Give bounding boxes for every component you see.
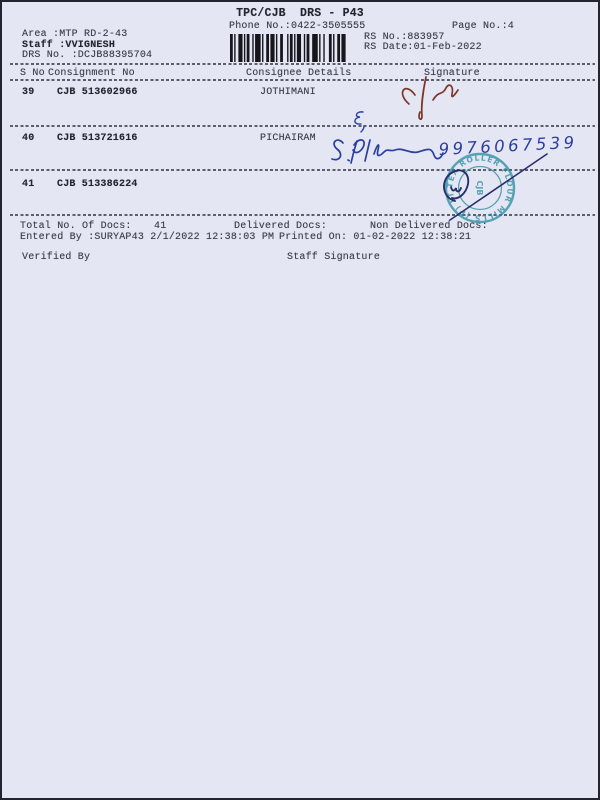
stamp-overwritten-initial [444, 170, 468, 201]
separator-line [10, 169, 595, 171]
separator-line [10, 214, 595, 216]
table-row-consignee: PICHAIRAM [260, 133, 316, 144]
scanned-delivery-run-sheet: TPC/CJB DRS - P43 Phone No.:0422-3505555… [0, 0, 600, 800]
col-header-consignment: Consignment No [48, 68, 135, 79]
table-row-sno: 39 [22, 87, 34, 98]
separator-line [10, 79, 595, 81]
table-row-sno: 40 [22, 133, 34, 144]
row40-signature-scribble [332, 140, 443, 163]
printed-on-field: Printed On: 01-02-2022 12:38:21 [279, 232, 471, 243]
table-row-consignment: CJB 513386224 [57, 179, 138, 190]
page-number: Page No.:4 [452, 21, 514, 32]
rs-date-field: RS Date:01-Feb-2022 [364, 42, 482, 53]
separator-line [10, 63, 595, 65]
barcode-bars [230, 34, 346, 62]
delivered-docs-label: Delivered Docs: [234, 221, 327, 232]
row40-small-ink-mark [355, 112, 364, 132]
entered-by-field: Entered By :SURYAP43 2/1/2022 12:38:03 P… [20, 232, 274, 243]
row40-handwritten-phone: 9976067539 [438, 133, 578, 159]
staff-signature-label: Staff Signature [287, 252, 380, 263]
verified-by-label: Verified By [22, 252, 90, 263]
separator-line [10, 125, 595, 127]
row39-signature-scribble [403, 77, 458, 119]
table-row-consignment: CJB 513721616 [57, 133, 138, 144]
stamp-center-text: CJB [475, 181, 484, 196]
col-header-consignee: Consignee Details [246, 68, 351, 79]
total-docs-value: 41 [154, 221, 166, 232]
drs-number-field: DRS No. :DCJB88395704 [22, 50, 152, 61]
barcode [230, 34, 347, 62]
table-row-consignee: JOTHIMANI [260, 87, 316, 98]
table-row-consignment: CJB 513602966 [57, 87, 138, 98]
col-header-signature: Signature [424, 68, 480, 79]
phone-number: Phone No.:0422-3505555 [229, 21, 365, 32]
total-docs-label: Total No. Of Docs: [20, 221, 132, 232]
non-delivered-docs-label: Non Delivered Docs: [370, 221, 488, 232]
area-field: Area :MTP RD-2-43 [22, 29, 127, 40]
page-title: TPC/CJB DRS - P43 [2, 8, 598, 19]
ink-overlay: 9976067539 TEX ROLLER FLOUR MILLS (P) LT… [2, 2, 600, 800]
stamp-diagonal-signature-stroke [450, 154, 547, 220]
col-header-sno: S No [20, 68, 45, 79]
table-row-sno: 41 [22, 179, 34, 190]
